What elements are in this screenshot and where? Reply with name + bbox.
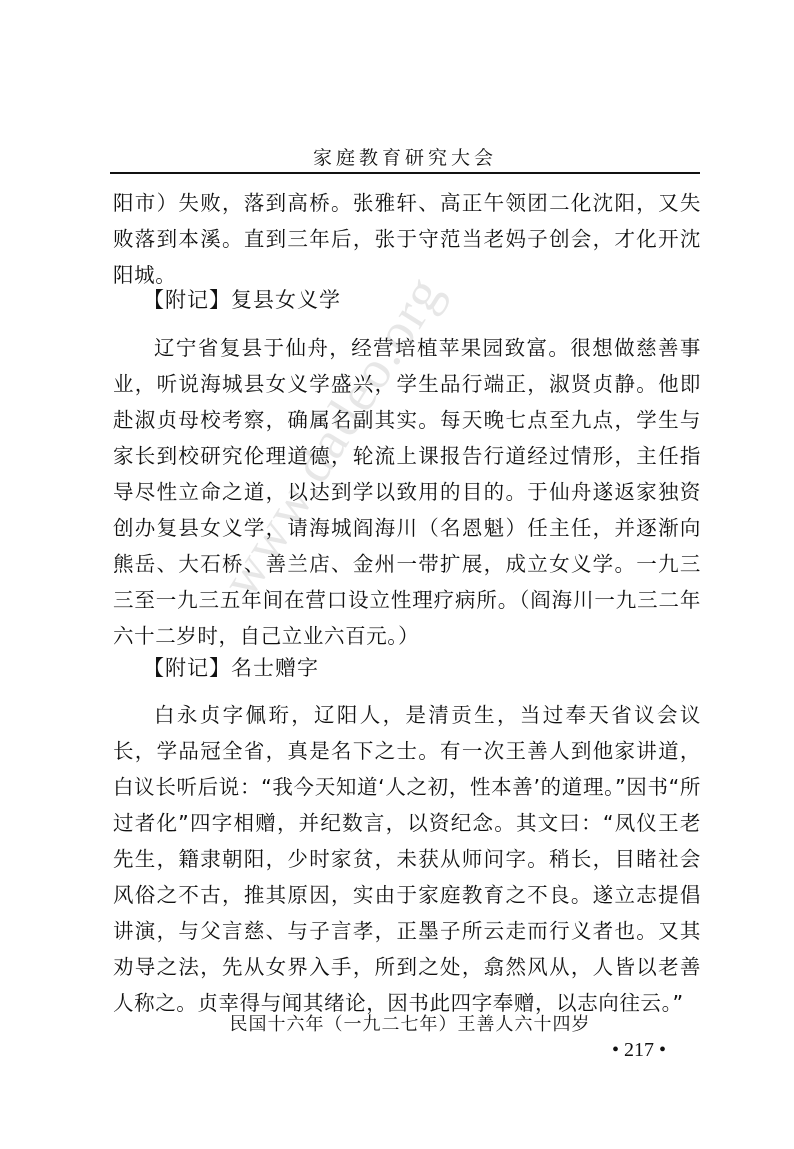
paragraph-mingshi: 白永贞字佩珩，辽阳人，是清贡生，当过奉天省议会议长，学品冠全省，真是名下之士。有…	[113, 697, 701, 1021]
paragraph-fuxian: 辽宁省复县于仙舟，经营培植苹果园致富。很想做慈善事业，听说海城县女义学盛兴，学生…	[113, 330, 701, 654]
section-title-fuxian: 【附记】复县女义学	[143, 284, 341, 314]
header-rule	[110, 172, 700, 174]
section-body-fuxian: 辽宁省复县于仙舟，经营培植苹果园致富。很想做慈善事业，听说海城县女义学盛兴，学生…	[113, 330, 701, 654]
intro-block: 阳市）失败，落到高桥。张雅轩、高正午领团二化沈阳，又失败落到本溪。直到三年后，张…	[113, 185, 701, 293]
section-body-mingshi: 白永贞字佩珩，辽阳人，是清贡生，当过奉天省议会议长，学品冠全省，真是名下之士。有…	[113, 697, 701, 1021]
page-number: • 217 •	[612, 1039, 666, 1062]
running-header-title: 家庭教育研究大会	[110, 143, 700, 170]
document-page: 家庭教育研究大会 阳市）失败，落到高桥。张雅轩、高正午领团二化沈阳，又失败落到本…	[0, 0, 794, 1149]
intro-paragraph: 阳市）失败，落到高桥。张雅轩、高正午领团二化沈阳，又失败落到本溪。直到三年后，张…	[113, 185, 701, 293]
section-title-mingshi: 【附记】名士赠字	[143, 652, 319, 682]
signature-line: 民国十六年（一九二七年）王善人六十四岁	[210, 1010, 610, 1036]
